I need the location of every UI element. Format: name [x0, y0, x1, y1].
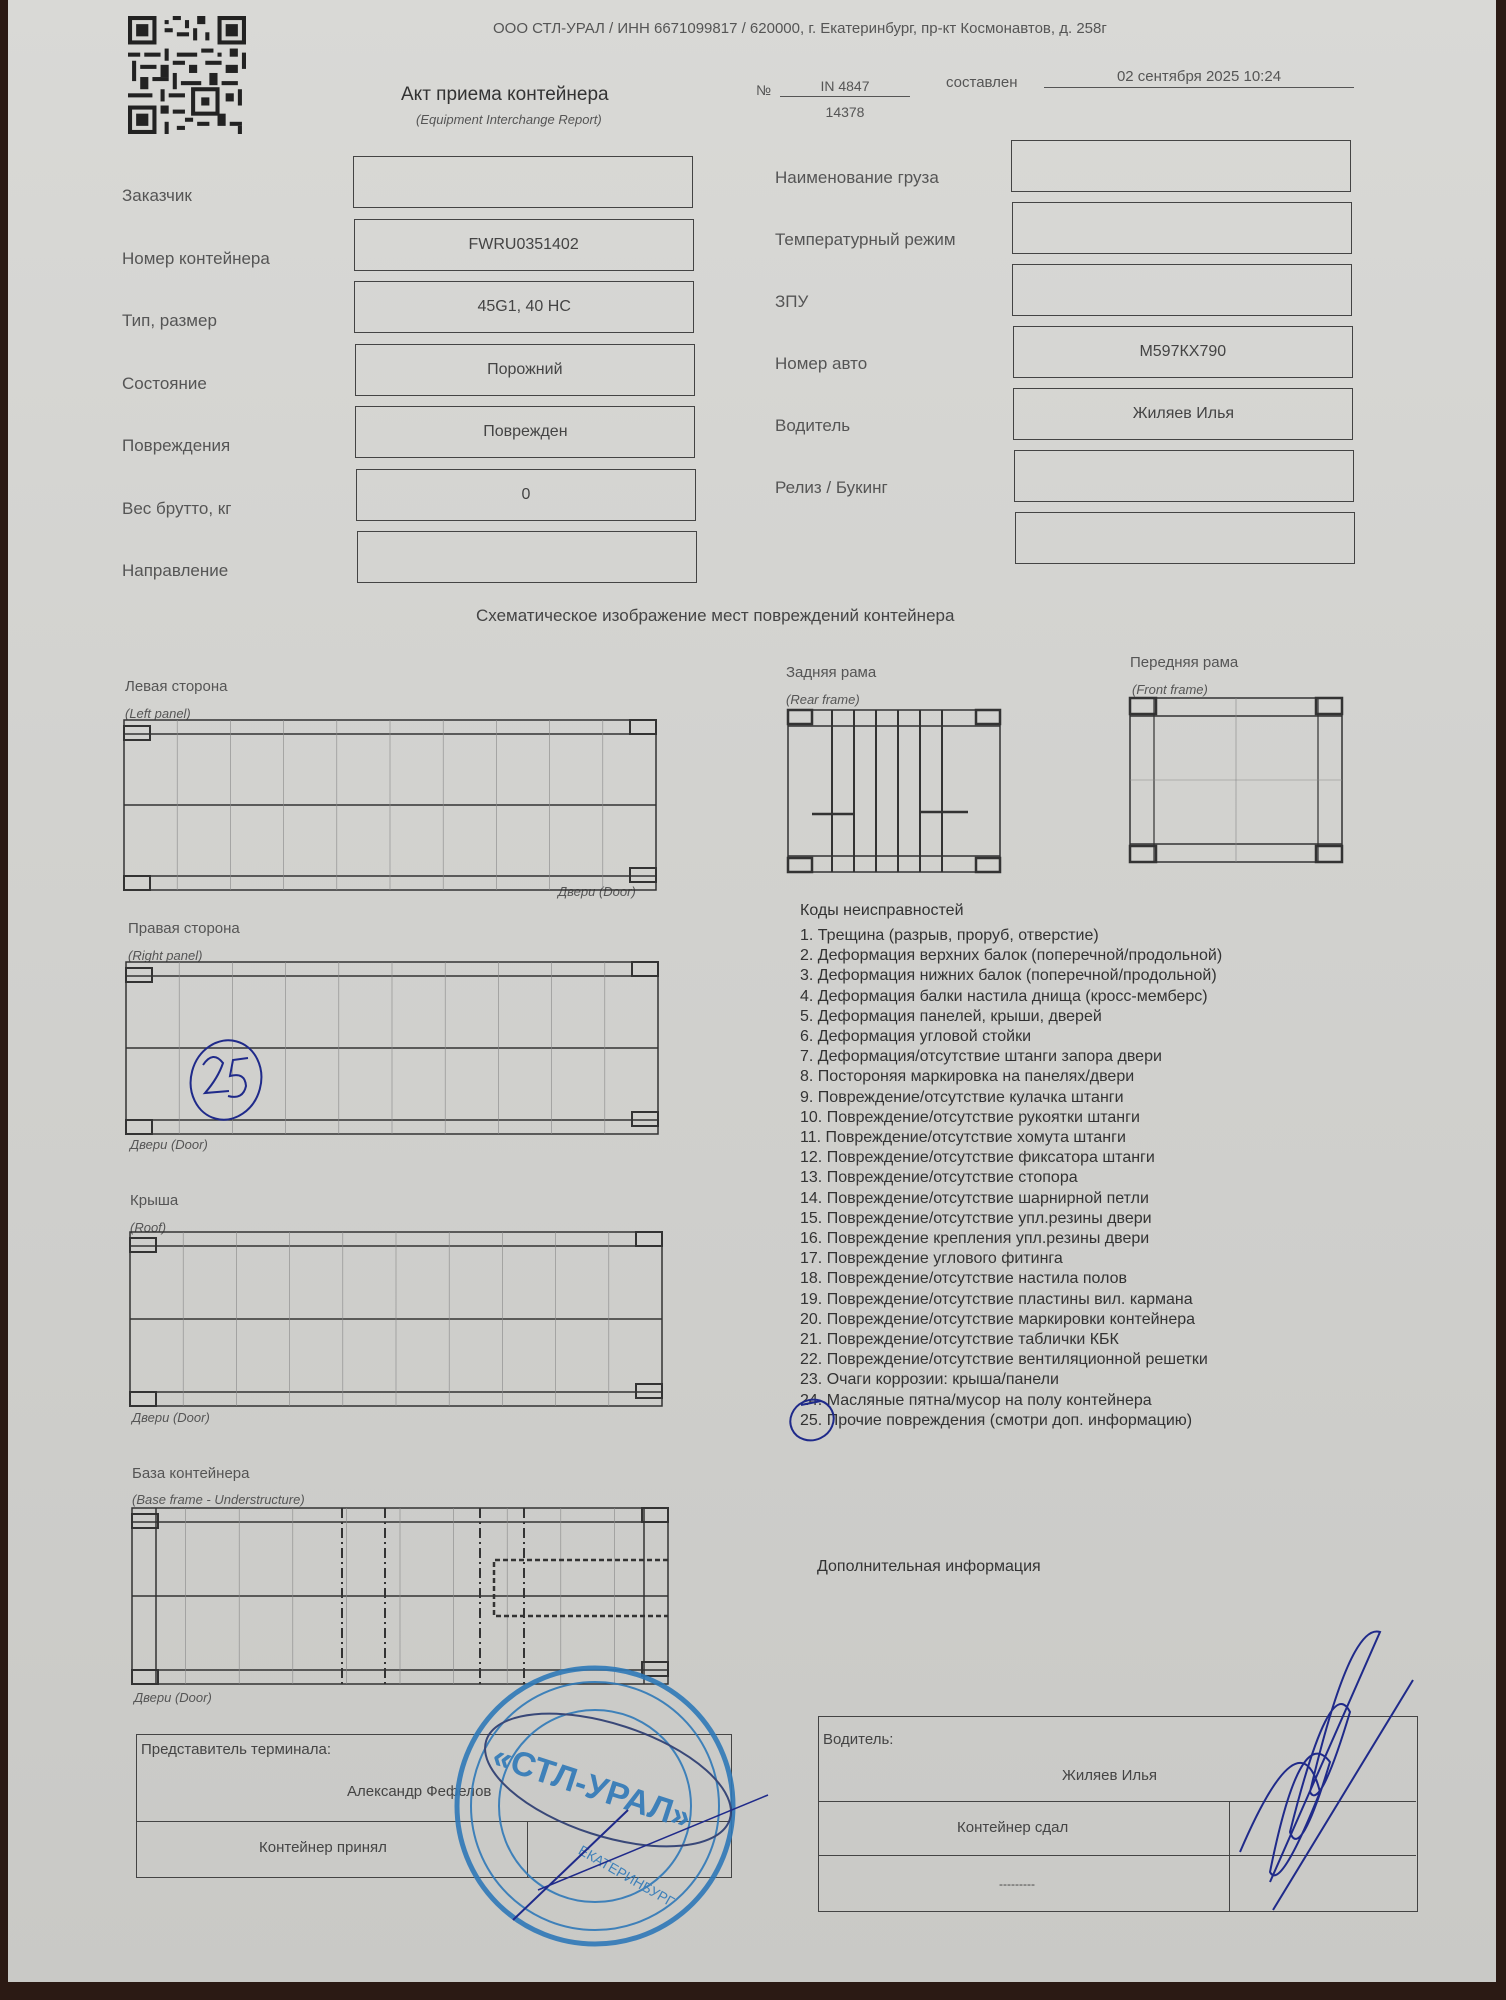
front-frame-sub: (Front frame): [1132, 682, 1208, 697]
fault-code-item: 4. Деформация балки настила днища (кросс…: [800, 987, 1222, 1007]
base-sub: (Base frame - Understructure): [132, 1492, 305, 1507]
fault-code-item: 10. Повреждение/отсутствие рукоятки штан…: [800, 1108, 1222, 1128]
left-field-label: Вес брутто, кг: [122, 499, 231, 519]
fault-code-item: 3. Деформация нижних балок (поперечной/п…: [800, 966, 1222, 986]
schematic-title: Схематическое изображение мест поврежден…: [476, 606, 954, 626]
left-field-label: Тип, размер: [122, 311, 217, 331]
driver-name: Жиляев Илья: [1062, 1767, 1157, 1784]
left-field-label: Повреждения: [122, 436, 230, 456]
right-field-label: Водитель: [775, 416, 850, 436]
right-field-label: Наименование груза: [775, 168, 939, 188]
right-field-label: Релиз / Букинг: [775, 478, 888, 498]
fault-code-item: 24. Масляные пятна/мусор на полу контейн…: [800, 1391, 1222, 1411]
right-field-value[interactable]: [1012, 264, 1352, 316]
base-label: База контейнера: [132, 1465, 250, 1482]
fault-code-item: 5. Деформация панелей, крыши, дверей: [800, 1007, 1222, 1027]
left-field-label: Номер контейнера: [122, 249, 270, 269]
additional-info-label: Дополнительная информация: [817, 1558, 1041, 1576]
fault-code-item: 11. Повреждение/отсутствие хомута штанги: [800, 1128, 1222, 1148]
fault-code-item: 18. Повреждение/отсутствие настила полов: [800, 1269, 1222, 1289]
fault-code-item: 1. Трещина (разрыв, проруб, отверстие): [800, 926, 1222, 946]
fault-code-item: 6. Деформация угловой стойки: [800, 1027, 1222, 1047]
right-field-value[interactable]: [1014, 450, 1354, 502]
terminal-rep-label: Представитель терминала:: [141, 1741, 331, 1758]
fault-code-item: 21. Повреждение/отсутствие таблички КБК: [800, 1330, 1222, 1350]
fault-code-item: 2. Деформация верхних балок (поперечной/…: [800, 946, 1222, 966]
left-field-label: Заказчик: [122, 186, 192, 206]
compiled-label: составлен: [946, 74, 1018, 91]
fault-code-item: 8. Постороняя маркировка на панелях/двер…: [800, 1067, 1222, 1087]
left-field-value[interactable]: FWRU0351402: [354, 219, 694, 271]
base-door: Двери (Door): [134, 1690, 212, 1705]
left-panel-door: Двери (Door): [558, 884, 636, 899]
rear-frame-label: Задняя рама: [786, 664, 876, 681]
roof-label: Крыша: [130, 1192, 178, 1209]
right-field-value[interactable]: Жиляев Илья: [1013, 388, 1353, 440]
document-number-sub: 14378: [780, 104, 910, 120]
right-field-value[interactable]: [1011, 140, 1351, 192]
left-field-value[interactable]: Порожний: [355, 344, 695, 396]
handwritten-mark-25: [182, 1032, 270, 1127]
fault-code-item: 23. Очаги коррозии: крыша/панели: [800, 1370, 1222, 1390]
fault-code-item: 16. Повреждение крепления упл.резины две…: [800, 1229, 1222, 1249]
fault-code-item: 25. Прочие повреждения (смотри доп. инфо…: [800, 1411, 1222, 1431]
left-panel-sub: (Left panel): [125, 706, 191, 721]
fault-code-item: 12. Повреждение/отсутствие фиксатора шта…: [800, 1148, 1222, 1168]
roof-door: Двери (Door): [132, 1410, 210, 1425]
right-field-label: Номер авто: [775, 354, 867, 374]
terminal-rep-name: Александр Фефелов: [347, 1783, 491, 1800]
fault-codes-title: Коды неисправностей: [800, 902, 964, 920]
company-info: ООО СТЛ-УРАЛ / ИНН 6671099817 / 620000, …: [493, 20, 1107, 37]
right-panel-label: Правая сторона: [128, 920, 240, 937]
document-number: IN 4847: [780, 78, 910, 97]
left-field-value[interactable]: 0: [356, 469, 696, 521]
fault-code-item: 13. Повреждение/отсутствие стопора: [800, 1168, 1222, 1188]
document-title: Акт приема контейнера: [401, 84, 609, 106]
document-page: ООО СТЛ-УРАЛ / ИНН 6671099817 / 620000, …: [8, 0, 1496, 1982]
left-field-value[interactable]: [357, 531, 697, 583]
fault-code-item: 15. Повреждение/отсутствие упл.резины дв…: [800, 1209, 1222, 1229]
fault-code-item: 20. Повреждение/отсутствие маркировки ко…: [800, 1310, 1222, 1330]
right-panel-door: Двери (Door): [130, 1137, 208, 1152]
fault-code-item: 19. Повреждение/отсутствие пластины вил.…: [800, 1290, 1222, 1310]
number-label: №: [756, 82, 771, 98]
left-field-label: Направление: [122, 561, 228, 581]
rear-frame-sub: (Rear frame): [786, 692, 860, 707]
left-field-value[interactable]: [353, 156, 693, 208]
compiled-date: 02 сентября 2025 10:24: [1044, 68, 1354, 88]
left-panel-label: Левая сторона: [125, 678, 227, 695]
left-field-value[interactable]: 45G1, 40 HC: [354, 281, 694, 333]
fault-code-item: 17. Повреждение углового фитинга: [800, 1249, 1222, 1269]
driver-label: Водитель:: [823, 1731, 893, 1748]
container-handed-label: Контейнер сдал: [957, 1819, 1068, 1836]
fault-code-item: 7. Деформация/отсутствие штанги запора д…: [800, 1047, 1222, 1067]
right-field-label: Температурный режим: [775, 230, 956, 250]
driver-placeholder: ---------: [999, 1877, 1035, 1891]
terminal-signature-table: Представитель терминала: Александр Фефел…: [136, 1734, 732, 1878]
fault-codes-list: 1. Трещина (разрыв, проруб, отверстие)2.…: [800, 926, 1222, 1431]
right-panel-sub: (Right panel): [128, 948, 202, 963]
document-subtitle: (Equipment Interchange Report): [416, 112, 602, 127]
fault-code-item: 22. Повреждение/отсутствие вентиляционно…: [800, 1350, 1222, 1370]
left-field-value[interactable]: Поврежден: [355, 406, 695, 458]
driver-signature-table: Водитель: Жиляев Илья Контейнер сдал ---…: [818, 1716, 1418, 1912]
fault-code-item: 9. Повреждение/отсутствие кулачка штанги: [800, 1088, 1222, 1108]
left-field-label: Состояние: [122, 374, 207, 394]
qr-code-icon: [128, 16, 246, 134]
front-frame-label: Передняя рама: [1130, 654, 1238, 671]
fault-code-item: 14. Повреждение/отсутствие шарнирной пет…: [800, 1189, 1222, 1209]
roof-sub: (Roof): [130, 1220, 166, 1235]
right-field-label: ЗПУ: [775, 292, 808, 312]
container-accepted-label: Контейнер принял: [259, 1839, 387, 1856]
right-field-value[interactable]: М597КХ790: [1013, 326, 1353, 378]
right-field-value[interactable]: [1012, 202, 1352, 254]
right-field-value[interactable]: [1015, 512, 1355, 564]
